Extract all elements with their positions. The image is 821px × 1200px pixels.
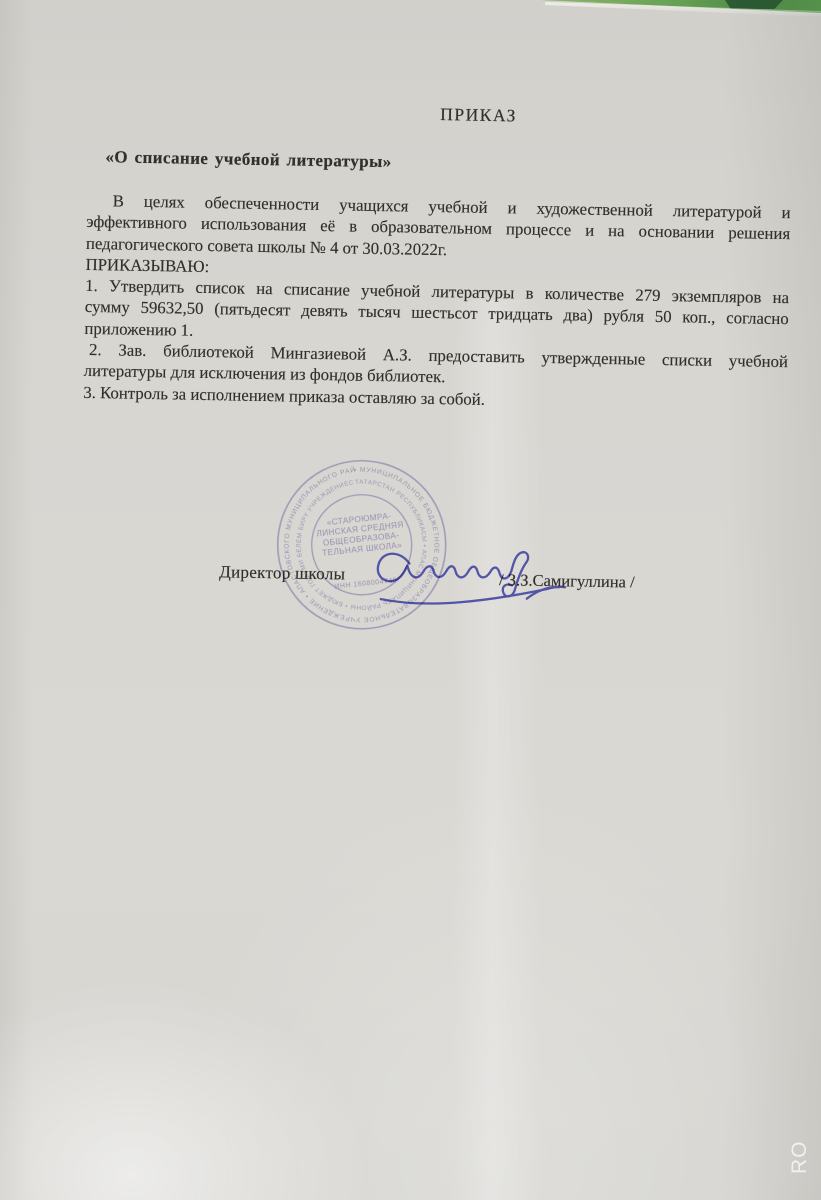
order-title: ПРИКАЗ xyxy=(440,104,517,126)
signature-stroke xyxy=(377,550,528,597)
handwritten-signature xyxy=(369,539,576,615)
order-subject: «О списание учебной литературы» xyxy=(105,147,392,172)
site-watermark: RO xyxy=(782,1140,821,1196)
document-photo: ПРИКАЗ «О списание учебной литературы» В… xyxy=(0,0,821,1200)
signature-underline xyxy=(381,584,565,606)
order-page: ПРИКАЗ «О списание учебной литературы» В… xyxy=(0,0,821,1200)
order-body: В целях обеспеченности учащихся учебной … xyxy=(83,190,791,415)
